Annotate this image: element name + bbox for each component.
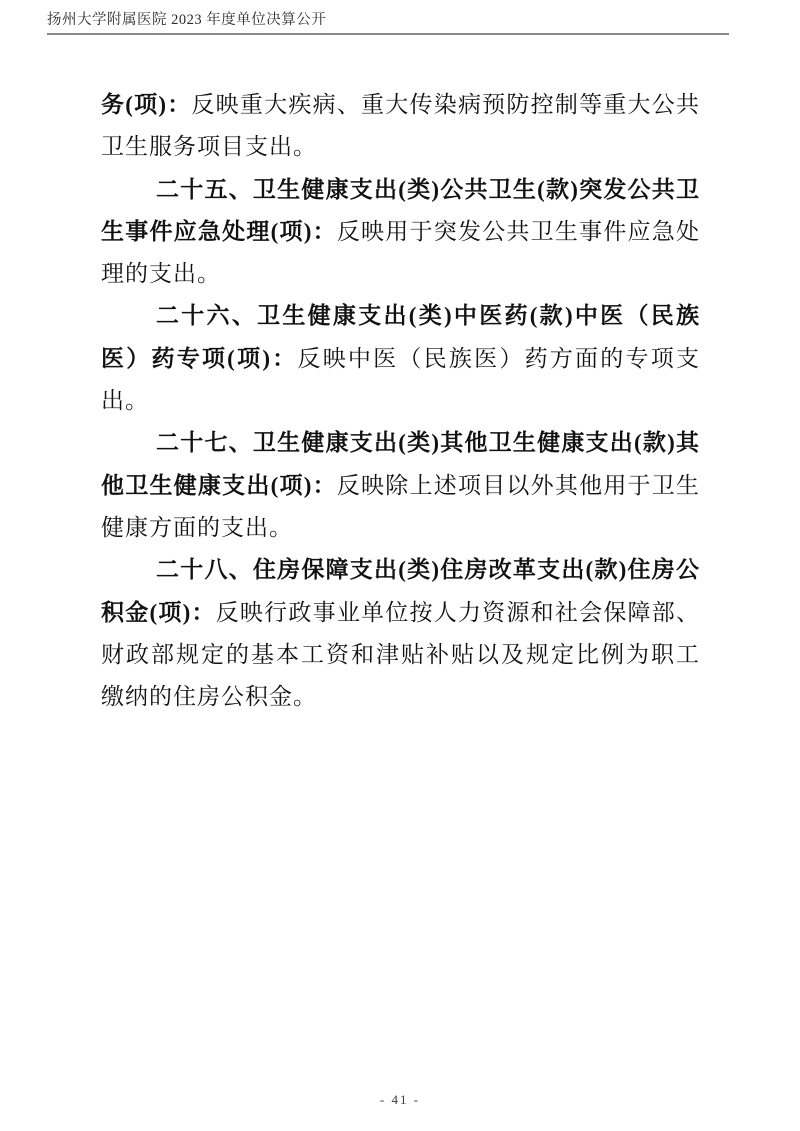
paragraph: 二十八、住房保障支出(类)住房改革支出(款)住房公积金(项)：反映行政事业单位按… bbox=[101, 549, 700, 718]
page-header: 扬州大学附属医院 2023 年度单位决算公开 bbox=[47, 8, 729, 35]
paragraph: 二十六、卫生健康支出(类)中医药(款)中医（民族医）药专项(项)：反映中医（民族… bbox=[101, 295, 700, 422]
paragraph-lead: 务(项)： bbox=[101, 92, 191, 117]
paragraph: 二十五、卫生健康支出(类)公共卫生(款)突发公共卫生事件应急处理(项)：反映用于… bbox=[101, 169, 700, 296]
paragraph: 务(项)：反映重大疾病、重大传染病预防控制等重大公共卫生服务项目支出。 bbox=[101, 84, 700, 169]
page-number: - 41 - bbox=[380, 1092, 420, 1107]
paragraph: 二十七、卫生健康支出(类)其他卫生健康支出(款)其他卫生健康支出(项)：反映除上… bbox=[101, 422, 700, 549]
document-body: 务(项)：反映重大疾病、重大传染病预防控制等重大公共卫生服务项目支出。 二十五、… bbox=[101, 84, 700, 718]
paragraph-text: 反映重大疾病、重大传染病预防控制等重大公共卫生服务项目支出。 bbox=[101, 92, 700, 159]
page-footer: - 41 - bbox=[0, 1091, 800, 1109]
document-page: 扬州大学附属医院 2023 年度单位决算公开 务(项)：反映重大疾病、重大传染病… bbox=[0, 0, 800, 1131]
header-title: 扬州大学附属医院 2023 年度单位决算公开 bbox=[47, 8, 729, 29]
